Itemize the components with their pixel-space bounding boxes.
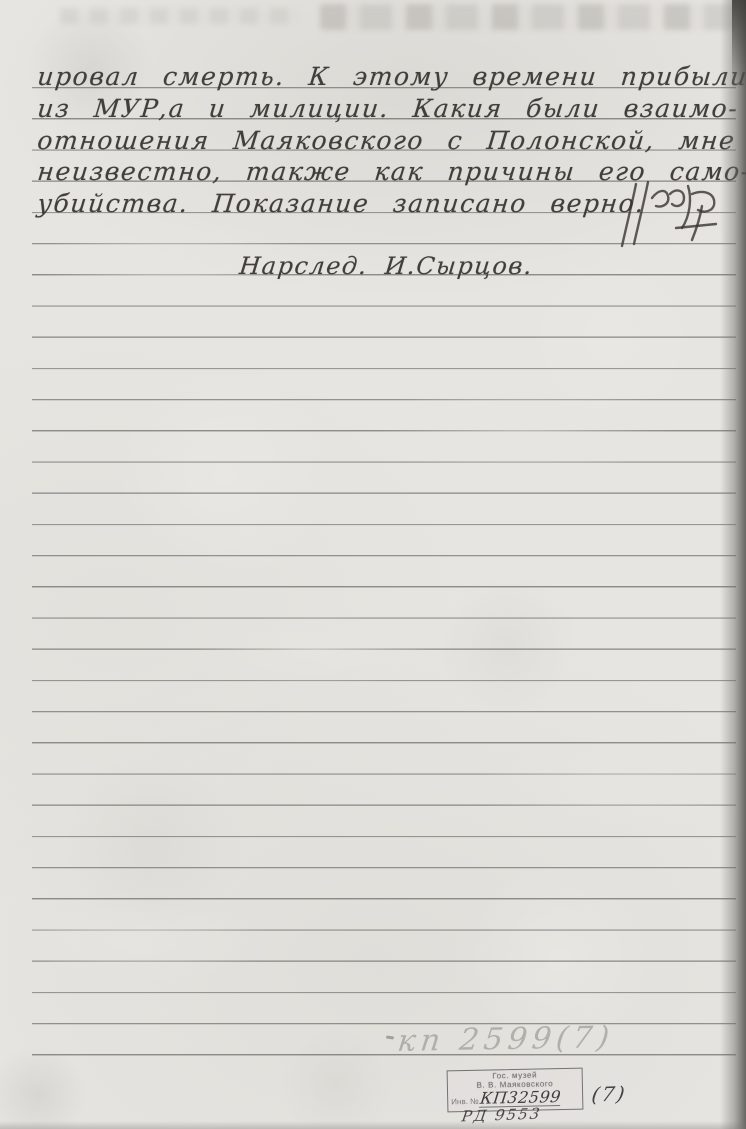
bleed-through-band-left [60, 8, 300, 24]
handwritten-line-2: из МУР,а и милиции. Какия были взаимо- [36, 94, 740, 123]
rd-number: РД 9553 [461, 1105, 543, 1126]
handwritten-line-4: неизвестно, также как причины его само- [36, 157, 746, 186]
handwritten-line-3: отношения Маяковского с Полонской, мне [36, 126, 737, 155]
scan-edge-shadow-bottom [0, 1121, 746, 1129]
investigator-signature: Нарслед. И.Сырцов. [238, 252, 535, 280]
ruled-lines [32, 87, 736, 1058]
handwritten-line-5: убийства. Показание записано верно. [36, 189, 647, 218]
ruled-lines-fade [32, 87, 736, 1058]
handwritten-line-1: ировал смерть. К этому времени прибыли [36, 62, 746, 91]
copy-number: (7) [590, 1081, 628, 1106]
scanned-document-page: ировал смерть. К этому времени прибыли и… [0, 0, 746, 1129]
pencil-inventory-number: кп 2599(7) [396, 1020, 616, 1059]
bleed-through-band [320, 4, 735, 30]
pencil-mark [386, 1035, 394, 1039]
